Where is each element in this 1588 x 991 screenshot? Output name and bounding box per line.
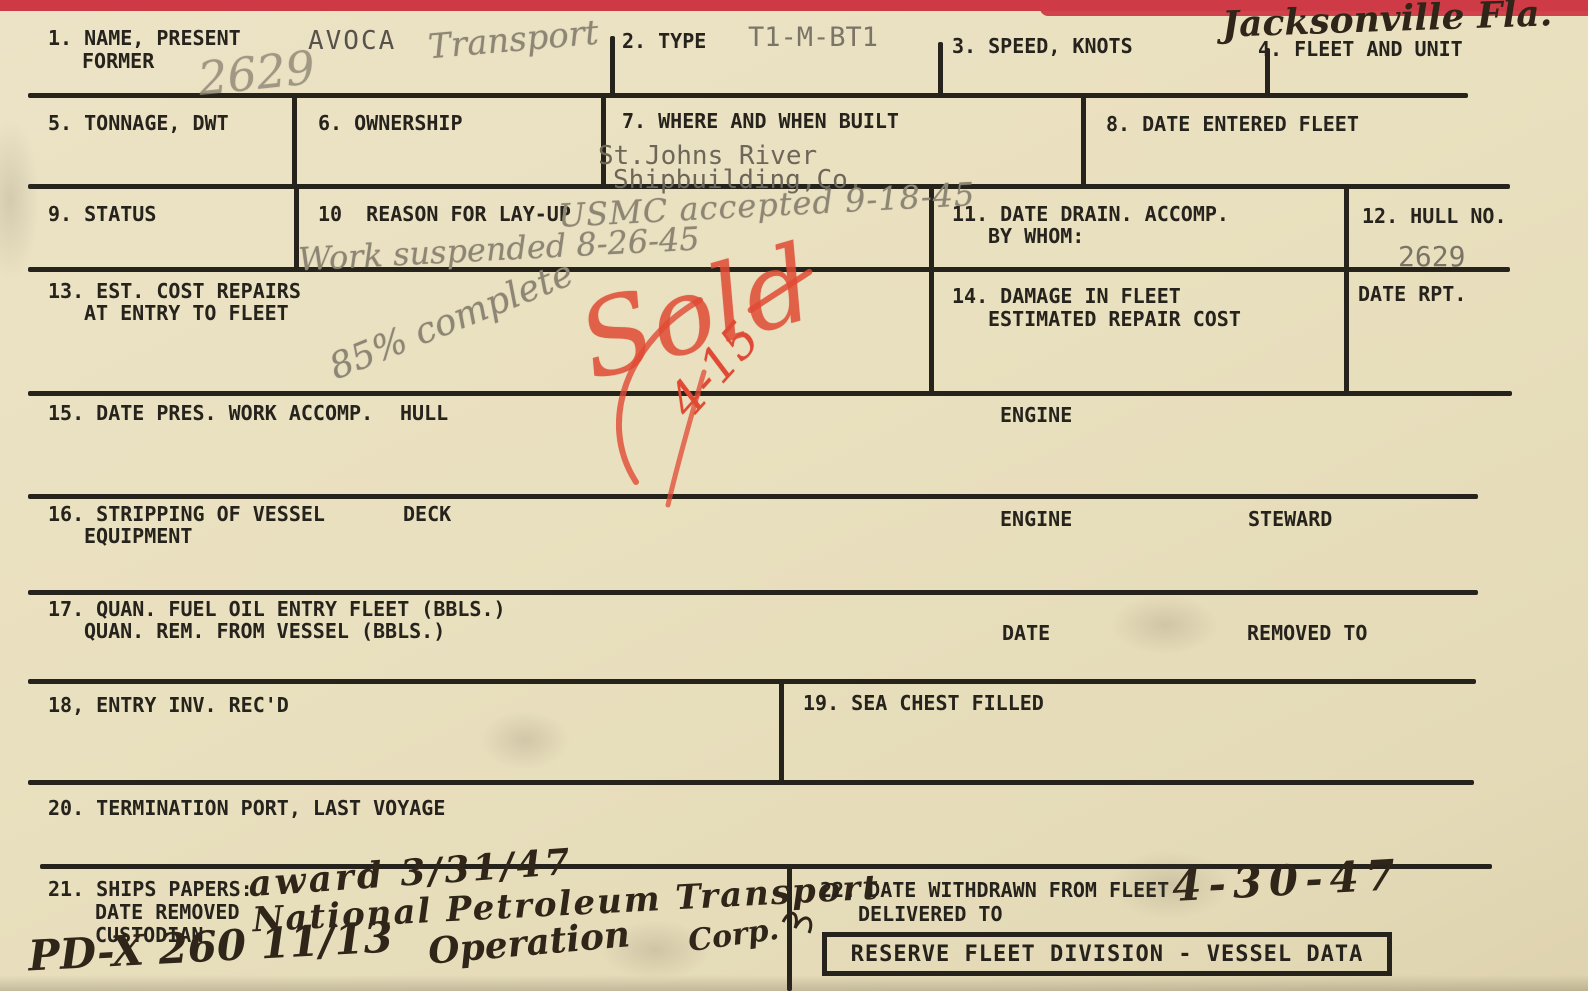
- grid-line-h: [28, 494, 1478, 499]
- field-14-label-line2: ESTIMATED REPAIR COST: [988, 308, 1241, 330]
- grid-line-v: [1081, 96, 1086, 188]
- field-4-fleet-handwritten: Jacksonville Fla.: [1221, 0, 1552, 46]
- field-11-label-line2: BY WHOM:: [988, 225, 1084, 247]
- field-16-label-line1: 16. STRIPPING OF VESSEL: [48, 503, 325, 525]
- field-3-label: 3. SPEED, KNOTS: [952, 35, 1133, 57]
- grid-line-v: [1344, 186, 1349, 394]
- grid-line-v: [610, 36, 615, 96]
- field-6-label: 6. OWNERSHIP: [318, 112, 463, 134]
- field-22-label-line1: 22. DATE WITHDRAWN FROM FLEET: [820, 879, 1169, 901]
- field-22-label-line2: DELIVERED TO: [858, 903, 1003, 925]
- field-20-label: 20. TERMINATION PORT, LAST VOYAGE: [48, 797, 445, 819]
- field-10-label: 10 REASON FOR LAY-UP: [318, 203, 571, 225]
- grid-line-h: [28, 780, 1474, 785]
- field-15-label: 15. DATE PRES. WORK ACCOMP.: [48, 402, 373, 424]
- field-2-label: 2. TYPE: [622, 30, 706, 52]
- field-12-hull-number-typed: 2629: [1398, 240, 1465, 273]
- paper-smudge: [0, 120, 40, 280]
- field-16-deck-label: DECK: [403, 503, 451, 525]
- form-number-ink: PD-X 260 11/13: [27, 912, 394, 980]
- division-title: RESERVE FLEET DIVISION - VESSEL DATA: [851, 942, 1364, 967]
- field-18-label: 18, ENTRY INV. REC'D: [48, 694, 289, 716]
- field-17-label-line1: 17. QUAN. FUEL OIL ENTRY FLEET (BBLS.): [48, 598, 506, 620]
- field-13-label-line2: AT ENTRY TO FLEET: [84, 302, 289, 324]
- field-8-label: 8. DATE ENTERED FLEET: [1106, 113, 1359, 135]
- field-15-hull-label: HULL: [400, 402, 448, 424]
- field-19-label: 19. SEA CHEST FILLED: [803, 692, 1044, 714]
- scan-bottom-shadow: [0, 975, 1588, 991]
- field-22-withdrawn-date-ink: 4-30-47: [1171, 850, 1403, 911]
- field-5-label: 5. TONNAGE, DWT: [48, 112, 229, 134]
- field-17-label-line2: QUAN. REM. FROM VESSEL (BBLS.): [84, 620, 445, 642]
- field-16-engine-label: ENGINE: [1000, 508, 1072, 530]
- grid-line-v: [929, 186, 934, 394]
- vessel-data-card: 1. NAME, PRESENT FORMER AVOCA Transport …: [0, 0, 1588, 991]
- field-15-engine-label: ENGINE: [1000, 404, 1072, 426]
- field-14-date-rpt-label: DATE RPT.: [1358, 283, 1466, 305]
- field-21-company2-ink: Corp.: [686, 912, 781, 959]
- field-11-label-line1: 11. DATE DRAIN. ACCOMP.: [952, 203, 1229, 225]
- grid-line-v: [938, 42, 943, 96]
- grid-line-v: [779, 682, 784, 782]
- field-21-label-line2: DATE REMOVED: [95, 901, 240, 923]
- field-21-label-line1: 21. SHIPS PAPERS:: [48, 878, 253, 900]
- field-12-label: 12. HULL NO.: [1362, 205, 1507, 227]
- grid-line-h: [28, 679, 1476, 684]
- field-17-date-label: DATE: [1002, 622, 1050, 644]
- paper-smudge: [480, 710, 570, 770]
- field-1-label-line1: 1. NAME, PRESENT: [48, 27, 241, 49]
- field-9-label: 9. STATUS: [48, 203, 156, 225]
- grid-line-h: [28, 590, 1478, 595]
- field-1-label-line2: FORMER: [82, 50, 154, 72]
- field-16-steward-label: STEWARD: [1248, 508, 1332, 530]
- field-1-name-typed: AVOCA: [308, 26, 396, 56]
- paper-smudge: [1110, 595, 1220, 655]
- field-7-label: 7. WHERE AND WHEN BUILT: [622, 110, 899, 132]
- field-16-label-line2: EQUIPMENT: [84, 525, 192, 547]
- division-title-box: RESERVE FLEET DIVISION - VESSEL DATA: [822, 932, 1392, 976]
- grid-line-h: [28, 391, 1512, 396]
- grid-line-v: [292, 96, 297, 188]
- field-2-type-typed: T1-M-BT1: [748, 22, 878, 53]
- field-17-removed-to-label: REMOVED TO: [1247, 622, 1367, 644]
- field-13-label-line1: 13. EST. COST REPAIRS: [48, 280, 301, 302]
- field-14-label-line1: 14. DAMAGE IN FLEET: [952, 285, 1181, 307]
- field-1-former-handwritten: Transport: [427, 13, 601, 68]
